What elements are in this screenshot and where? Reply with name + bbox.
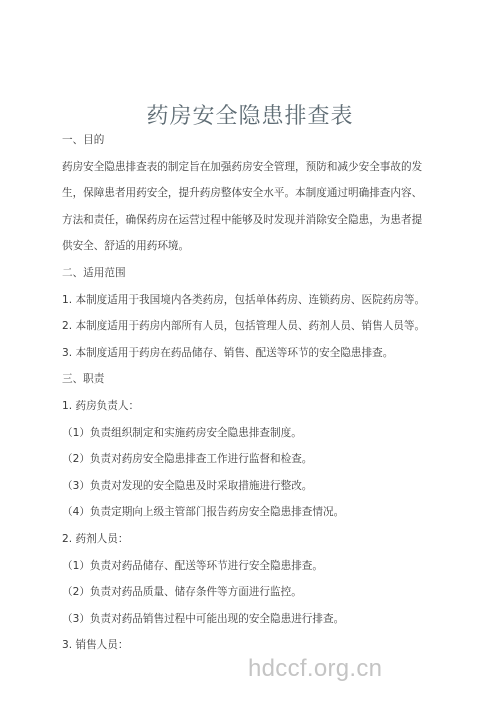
document-title: 药房安全隐患排查表 — [0, 99, 500, 130]
paragraph-line: 供安全、舒适的用药环境。 — [62, 233, 442, 260]
duty-item: （4）负责定期向上级主管部门报告药房安全隐患排查情况。 — [62, 499, 442, 526]
list-item: 2. 本制度适用于药房内部所有人员，包括管理人员、药剂人员、销售人员等。 — [62, 313, 442, 340]
duty-item: （1）负责组织制定和实施药房安全隐患排查制度。 — [62, 420, 442, 447]
paragraph-line: 药房安全隐患排查表的制定旨在加强药房安全管理，预防和减少安全事故的发 — [62, 154, 442, 181]
paragraph-line: 方法和责任，确保药房在运营过程中能够及时发现并消除安全隐患，为患者提 — [62, 207, 442, 234]
list-item: 1. 本制度适用于我国境内各类药房，包括单体药房、连锁药房、医院药房等。 — [62, 287, 442, 314]
duty-item: （2）负责对药房安全隐患排查工作进行监督和检查。 — [62, 446, 442, 473]
duty-item: （3）负责对发现的安全隐患及时采取措施进行整改。 — [62, 473, 442, 500]
role-label-pharmacist: 2. 药剂人员： — [62, 526, 442, 553]
document-body: 一、目的 药房安全隐患排查表的制定旨在加强药房安全管理，预防和减少安全事故的发 … — [62, 127, 442, 659]
section-heading-scope: 二、适用范围 — [62, 260, 442, 287]
list-item: 3. 本制度适用于药房在药品储存、销售、配送等环节的安全隐患排查。 — [62, 340, 442, 367]
watermark: hdccf.org.cn — [248, 655, 382, 683]
paragraph-line: 生，保障患者用药安全，提升药房整体安全水平。本制度通过明确排查内容、 — [62, 180, 442, 207]
duty-item: （3）负责对药品销售过程中可能出现的安全隐患进行排查。 — [62, 606, 442, 633]
duty-item: （1）负责对药品储存、配送等环节进行安全隐患排查。 — [62, 553, 442, 580]
duty-item: （2）负责对药品质量、储存条件等方面进行监控。 — [62, 579, 442, 606]
section-heading-purpose: 一、目的 — [62, 127, 442, 154]
section-heading-responsibilities: 三、职责 — [62, 366, 442, 393]
role-label-pharmacy-manager: 1. 药房负责人： — [62, 393, 442, 420]
document-page: 药房安全隐患排查表 一、目的 药房安全隐患排查表的制定旨在加强药房安全管理，预防… — [0, 0, 500, 707]
